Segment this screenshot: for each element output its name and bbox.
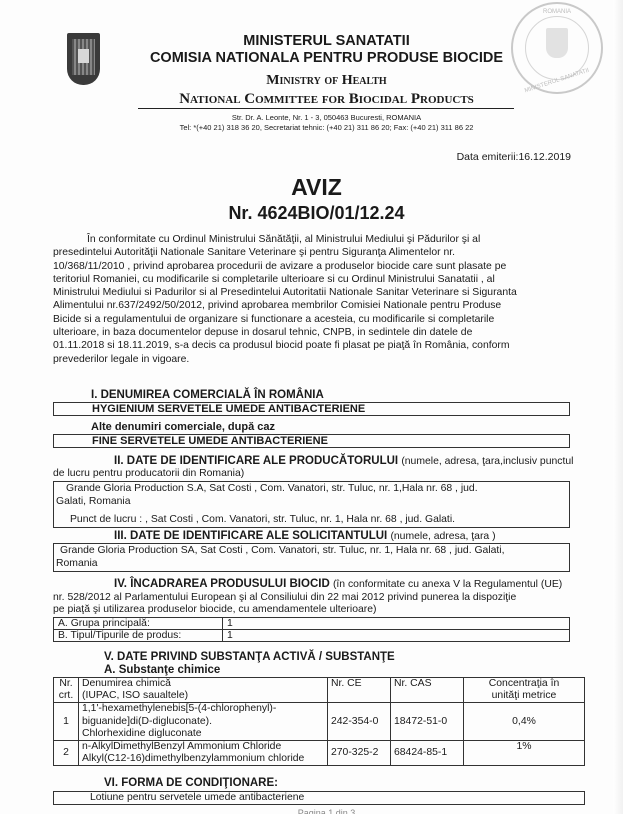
intro-line: teritoriul Romaniei, cu modificarile si … bbox=[53, 273, 573, 286]
section-4-heading: IV. ÎNCADRAREA PRODUSULUI BIOCID (în con… bbox=[114, 578, 562, 590]
table-row: A. Grupa principală: 1 bbox=[54, 618, 570, 630]
producer-line-2: Galati, Romania bbox=[56, 496, 131, 507]
section-2-heading: II. DATE DE IDENTIFICARE ALE PRODUCĂTORU… bbox=[114, 455, 573, 467]
row-cas: 18472-51-0 bbox=[391, 703, 464, 741]
section-4-title: IV. ÎNCADRAREA PRODUSULUI BIOCID bbox=[114, 578, 330, 590]
section-2-title: II. DATE DE IDENTIFICARE ALE PRODUCĂTORU… bbox=[114, 455, 398, 467]
col-conc-line: Concentraţia în bbox=[467, 678, 581, 690]
commission-name-en: National Committee for Biocidal Products bbox=[0, 91, 623, 108]
other-name-box: FINE SERVETELE UMEDE ANTIBACTERIENE bbox=[53, 434, 570, 448]
packaging-form-box: Lotiune pentru servetele umede antibacte… bbox=[53, 791, 585, 805]
intro-line: În conformitate cu Ordinul Ministrului S… bbox=[53, 233, 573, 246]
row-name-line: biguanide]di(D-digluconate). bbox=[82, 716, 324, 728]
page-number: Pagina 1 din 3 bbox=[0, 808, 623, 814]
row-cas: 68424-85-1 bbox=[391, 741, 464, 766]
col-conc-line: unităţi metrice bbox=[467, 690, 581, 702]
applicant-line-1: Grande Gloria Production SA, Sat Costi ,… bbox=[60, 545, 505, 556]
col-nr-line: Nr. bbox=[57, 678, 75, 690]
stamp-top-text: ROMANIA bbox=[513, 9, 601, 15]
producer-worksite: Punct de lucru : , Sat Costi , Com. Vana… bbox=[70, 514, 455, 525]
section-4-line-2: nr. 528/2012 al Parlamentului European ş… bbox=[53, 592, 516, 603]
section-6-heading: VI. FORMA DE CONDIŢIONARE: bbox=[104, 777, 278, 789]
header-address: Str. Dr. A. Leonte, Nr. 1 - 3, 050463 Bu… bbox=[0, 113, 623, 122]
intro-line: Bicide si a regulamentului de organizare… bbox=[53, 313, 573, 326]
section-2-note: (numele, adresa, ţara,inclusiv punctul bbox=[401, 456, 573, 467]
section-4-note: (în conformitate cu anexa V la Regulamen… bbox=[333, 579, 562, 590]
header-divider bbox=[138, 108, 514, 109]
row-name-line: n-AlkylDimethylBenzyl Ammonium Chloride bbox=[82, 741, 324, 753]
classification-table: A. Grupa principală: 1 B. Tipul/Tipurile… bbox=[53, 617, 570, 642]
issue-date: Data emiterii:16.12.2019 bbox=[457, 151, 571, 163]
other-trade-name: FINE SERVETELE UMEDE ANTIBACTERIENE bbox=[92, 435, 328, 447]
group-label: A. Grupa principală: bbox=[54, 618, 223, 630]
table-row: 2 n-AlkylDimethylBenzyl Ammonium Chlorid… bbox=[54, 741, 585, 766]
col-concentration: Concentraţia în unităţi metrice bbox=[464, 678, 585, 703]
product-type-label: B. Tipul/Tipurile de produs: bbox=[54, 630, 223, 642]
trade-name: HYGIENIUM SERVETELE UMEDE ANTIBACTERIENE bbox=[92, 403, 365, 415]
section-3-note: (numele, adresa, ţara ) bbox=[390, 531, 495, 542]
row-ce: 242-354-0 bbox=[328, 703, 391, 741]
section-2-note-cont: de lucru pentru producatorii din Romania… bbox=[53, 468, 244, 479]
intro-line: 01.11.2018 si 18.11.2019, s-a decis ca p… bbox=[53, 339, 573, 352]
row-name-line: Alkyl(C12-16)dimethylbenzylammonium chlo… bbox=[82, 753, 324, 765]
header-phones: Tel: *(+40 21) 318 36 20, Secretariat te… bbox=[0, 123, 623, 132]
packaging-form: Lotiune pentru servetele umede antibacte… bbox=[90, 792, 304, 803]
intro-line: presedintelui Autorităţii Nationale Sani… bbox=[53, 246, 573, 259]
producer-box: Grande Gloria Production S.A, Sat Costi … bbox=[53, 481, 570, 528]
document-page: MINISTERUL SANATATII COMISIA NATIONALA P… bbox=[0, 0, 623, 814]
document-number: Nr. 4624BIO/01/12.24 bbox=[0, 203, 623, 224]
intro-line: prevederilor legale in vigoare. bbox=[53, 353, 573, 366]
row-name-line: Chlorhexidine digluconate bbox=[82, 728, 324, 740]
row-concentration: 1% bbox=[464, 741, 585, 766]
intro-line: ulterioare, in baza documentelor depuse … bbox=[53, 326, 573, 339]
row-ce: 270-325-2 bbox=[328, 741, 391, 766]
col-cas: Nr. CAS bbox=[391, 678, 464, 703]
document-title: AVIZ bbox=[0, 174, 623, 201]
table-row: B. Tipul/Tipurile de produs: 1 bbox=[54, 630, 570, 642]
group-value: 1 bbox=[223, 618, 570, 630]
row-name: 1,1'-hexamethylenebis[5-(4-chlorophenyl)… bbox=[79, 703, 328, 741]
product-type-value: 1 bbox=[223, 630, 570, 642]
col-ce: Nr. CE bbox=[328, 678, 391, 703]
section-4-line-3: pe piaţă şi utilizarea produselor biocid… bbox=[53, 604, 376, 615]
section-3-heading: III. DATE DE IDENTIFICARE ALE SOLICITANT… bbox=[114, 530, 496, 542]
section-1-heading: I. DENUMIREA COMERCIALĂ ÎN ROMÂNIA bbox=[91, 389, 324, 401]
active-substances-table: Nr. crt. Denumirea chimică (IUPAC, ISO s… bbox=[53, 677, 585, 766]
intro-line: 10/368/11/2010 , privind aprobarea proce… bbox=[53, 260, 573, 273]
col-nr-line: crt. bbox=[57, 690, 75, 702]
official-stamp-icon: ROMANIA MINISTERUL SANATATII bbox=[511, 2, 603, 94]
section-3-title: III. DATE DE IDENTIFICARE ALE SOLICITANT… bbox=[114, 530, 387, 542]
row-nr: 2 bbox=[54, 741, 79, 766]
row-name-line: 1,1'-hexamethylenebis[5-(4-chlorophenyl)… bbox=[82, 703, 324, 715]
intro-line: Alimentului nr.637/2492/50/2012, privind… bbox=[53, 299, 573, 312]
intro-paragraph: În conformitate cu Ordinul Ministrului S… bbox=[53, 233, 573, 366]
intro-line: Ministrului Mediului si Padurilor si al … bbox=[53, 286, 573, 299]
col-name-line: (IUPAC, ISO saualtele) bbox=[82, 690, 324, 702]
table-row: 1 1,1'-hexamethylenebis[5-(4-chloropheny… bbox=[54, 703, 585, 741]
col-name-line: Denumirea chimică bbox=[82, 678, 324, 690]
other-names-label: Alte denumiri comerciale, după caz bbox=[91, 421, 275, 433]
applicant-line-2: Romania bbox=[56, 558, 98, 569]
section-5-heading: V. DATE PRIVIND SUBSTANŢA ACTIVĂ / SUBST… bbox=[104, 651, 395, 663]
stamp-crest-icon bbox=[546, 28, 568, 58]
applicant-box: Grande Gloria Production SA, Sat Costi ,… bbox=[53, 543, 570, 572]
producer-line-1: Grande Gloria Production S.A, Sat Costi … bbox=[66, 483, 478, 494]
scan-edge-shadow bbox=[613, 0, 623, 814]
table-header-row: Nr. crt. Denumirea chimică (IUPAC, ISO s… bbox=[54, 678, 585, 703]
trade-name-box: HYGIENIUM SERVETELE UMEDE ANTIBACTERIENE bbox=[53, 402, 570, 416]
col-name: Denumirea chimică (IUPAC, ISO saualtele) bbox=[79, 678, 328, 703]
col-nr: Nr. crt. bbox=[54, 678, 79, 703]
row-concentration: 0,4% bbox=[464, 703, 585, 741]
row-nr: 1 bbox=[54, 703, 79, 741]
section-5-subheading: A. Substanţe chimice bbox=[104, 664, 220, 676]
row-name: n-AlkylDimethylBenzyl Ammonium Chloride … bbox=[79, 741, 328, 766]
